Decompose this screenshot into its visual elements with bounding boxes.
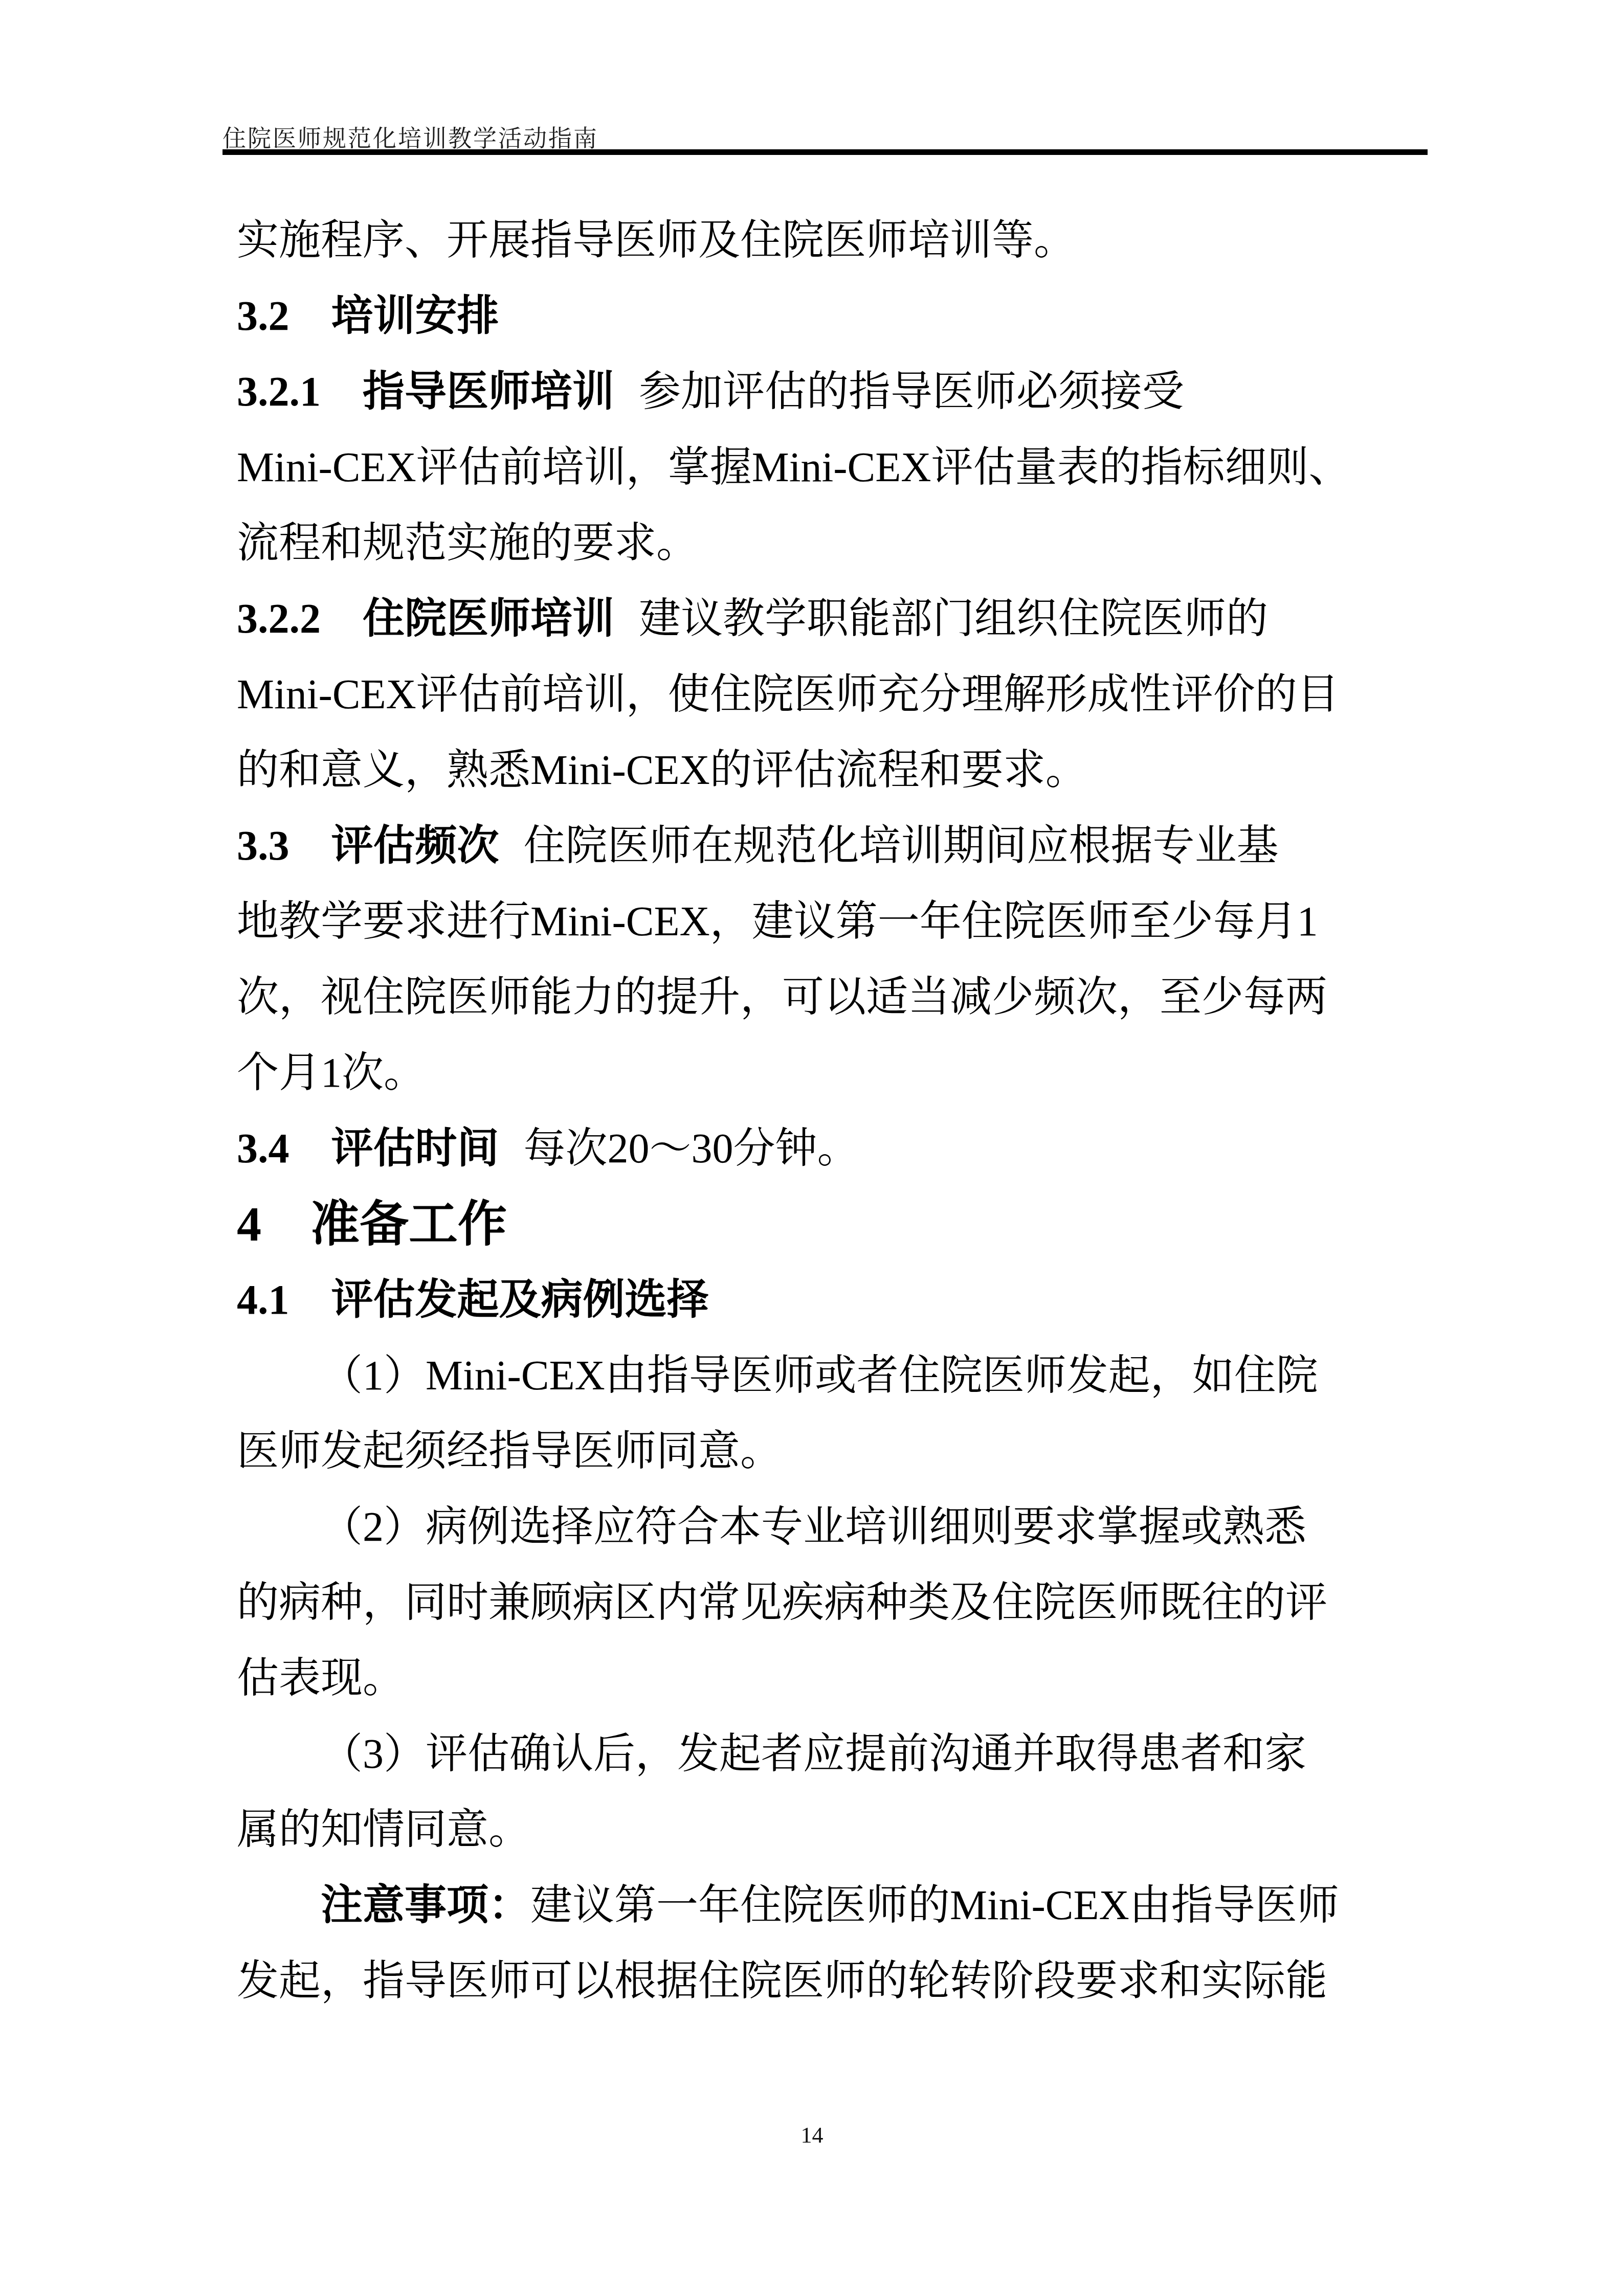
line-text: 流程和规范实施的要求。 (237, 520, 698, 566)
line-text: 实施程序、开展指导医师及住院医师培训等。 (237, 217, 1076, 263)
heading-text: 3.2.2 住院医师培训 (237, 595, 614, 642)
line-text: 每次20～30分钟。 (524, 1125, 859, 1172)
text-line: 估表现。 (237, 1640, 1434, 1716)
notes-label: 注意事项： (321, 1882, 530, 1928)
text-line: （2）病例选择应符合本专业培训细则要求掌握或熟悉 (237, 1489, 1434, 1565)
text-line: 医师发起须经指导医师同意。 (237, 1413, 1434, 1489)
text-line: 属的知情同意。 (237, 1792, 1434, 1867)
line-text: Mini-CEX评估前培训，掌握Mini-CEX评估量表的指标细则、 (237, 444, 1351, 490)
section-heading-4: 4 准备工作 (237, 1186, 1434, 1262)
line-text: （1）Mini-CEX由指导医师或者住院医师发起，如住院 (321, 1352, 1318, 1399)
text-line: 次，视住院医师能力的提升，可以适当减少频次，至少每两 (237, 959, 1434, 1035)
document-page: 住院医师规范化培训教学活动指南 实施程序、开展指导医师及住院医师培训等。 3.2… (0, 0, 1624, 2296)
header-divider-rule (223, 149, 1428, 155)
heading-text: 3.3 评估频次 (237, 822, 499, 869)
notes-line: 注意事项：建议第一年住院医师的Mini-CEX由指导医师 (237, 1867, 1434, 1943)
line-text: 参加评估的指导医师必须接受 (639, 368, 1184, 415)
section-heading-3-2-1: 3.2.1 指导医师培训参加评估的指导医师必须接受 (237, 354, 1434, 430)
text-line: 流程和规范实施的要求。 (237, 505, 1434, 581)
text-line: 实施程序、开展指导医师及住院医师培训等。 (237, 202, 1434, 278)
line-text: 建议第一年住院医师的Mini-CEX由指导医师 (530, 1882, 1339, 1928)
line-text: 建议教学职能部门组织住院医师的 (639, 595, 1268, 642)
text-line: （1）Mini-CEX由指导医师或者住院医师发起，如住院 (237, 1338, 1434, 1413)
document-body: 实施程序、开展指导医师及住院医师培训等。 3.2 培训安排 3.2.1 指导医师… (237, 202, 1434, 2019)
line-text: （2）病例选择应符合本专业培训细则要求掌握或熟悉 (321, 1503, 1306, 1550)
heading-text: 3.2 培训安排 (237, 292, 499, 339)
text-line: （3）评估确认后，发起者应提前沟通并取得患者和家 (237, 1716, 1434, 1792)
section-heading-4-1: 4.1 评估发起及病例选择 (237, 1262, 1434, 1338)
line-text: 发起，指导医师可以根据住院医师的轮转阶段要求和实际能 (237, 1957, 1327, 2004)
text-line: Mini-CEX评估前培训，使住院医师充分理解形成性评价的目 (237, 657, 1434, 732)
line-text: （3）评估确认后，发起者应提前沟通并取得患者和家 (321, 1730, 1306, 1777)
line-text: 的和意义，熟悉Mini-CEX的评估流程和要求。 (237, 747, 1087, 793)
line-text: 的病种，同时兼顾病区内常见疾病种类及住院医师既往的评 (237, 1579, 1327, 1626)
line-text: 地教学要求进行Mini-CEX，建议第一年住院医师至少每月1 (237, 898, 1318, 944)
line-text: 属的知情同意。 (237, 1806, 530, 1853)
text-line: 地教学要求进行Mini-CEX，建议第一年住院医师至少每月1 (237, 884, 1434, 959)
page-header-title: 住院医师规范化培训教学活动指南 (223, 120, 598, 153)
section-heading-3-2: 3.2 培训安排 (237, 278, 1434, 354)
text-line: 发起，指导医师可以根据住院医师的轮转阶段要求和实际能 (237, 1943, 1434, 2019)
text-line: Mini-CEX评估前培训，掌握Mini-CEX评估量表的指标细则、 (237, 430, 1434, 505)
line-text: 个月1次。 (237, 1049, 426, 1096)
section-heading-3-3: 3.3 评估频次住院医师在规范化培训期间应根据专业基 (237, 808, 1434, 884)
line-text: 次，视住院医师能力的提升，可以适当减少频次，至少每两 (237, 974, 1327, 1020)
page-number: 14 (0, 2122, 1624, 2148)
section-heading-3-4: 3.4 评估时间每次20～30分钟。 (237, 1111, 1434, 1186)
heading-text: 3.2.1 指导医师培训 (237, 368, 614, 415)
heading-text: 4 准备工作 (237, 1197, 507, 1251)
text-line: 个月1次。 (237, 1035, 1434, 1111)
section-heading-3-2-2: 3.2.2 住院医师培训建议教学职能部门组织住院医师的 (237, 581, 1434, 657)
line-text: Mini-CEX评估前培训，使住院医师充分理解形成性评价的目 (237, 671, 1339, 717)
heading-text: 4.1 评估发起及病例选择 (237, 1276, 709, 1323)
text-line: 的病种，同时兼顾病区内常见疾病种类及住院医师既往的评 (237, 1565, 1434, 1640)
line-text: 医师发起须经指导医师同意。 (237, 1428, 782, 1474)
line-text: 住院医师在规范化培训期间应根据专业基 (524, 822, 1279, 869)
text-line: 的和意义，熟悉Mini-CEX的评估流程和要求。 (237, 732, 1434, 808)
heading-text: 3.4 评估时间 (237, 1125, 499, 1172)
line-text: 估表现。 (237, 1655, 405, 1701)
